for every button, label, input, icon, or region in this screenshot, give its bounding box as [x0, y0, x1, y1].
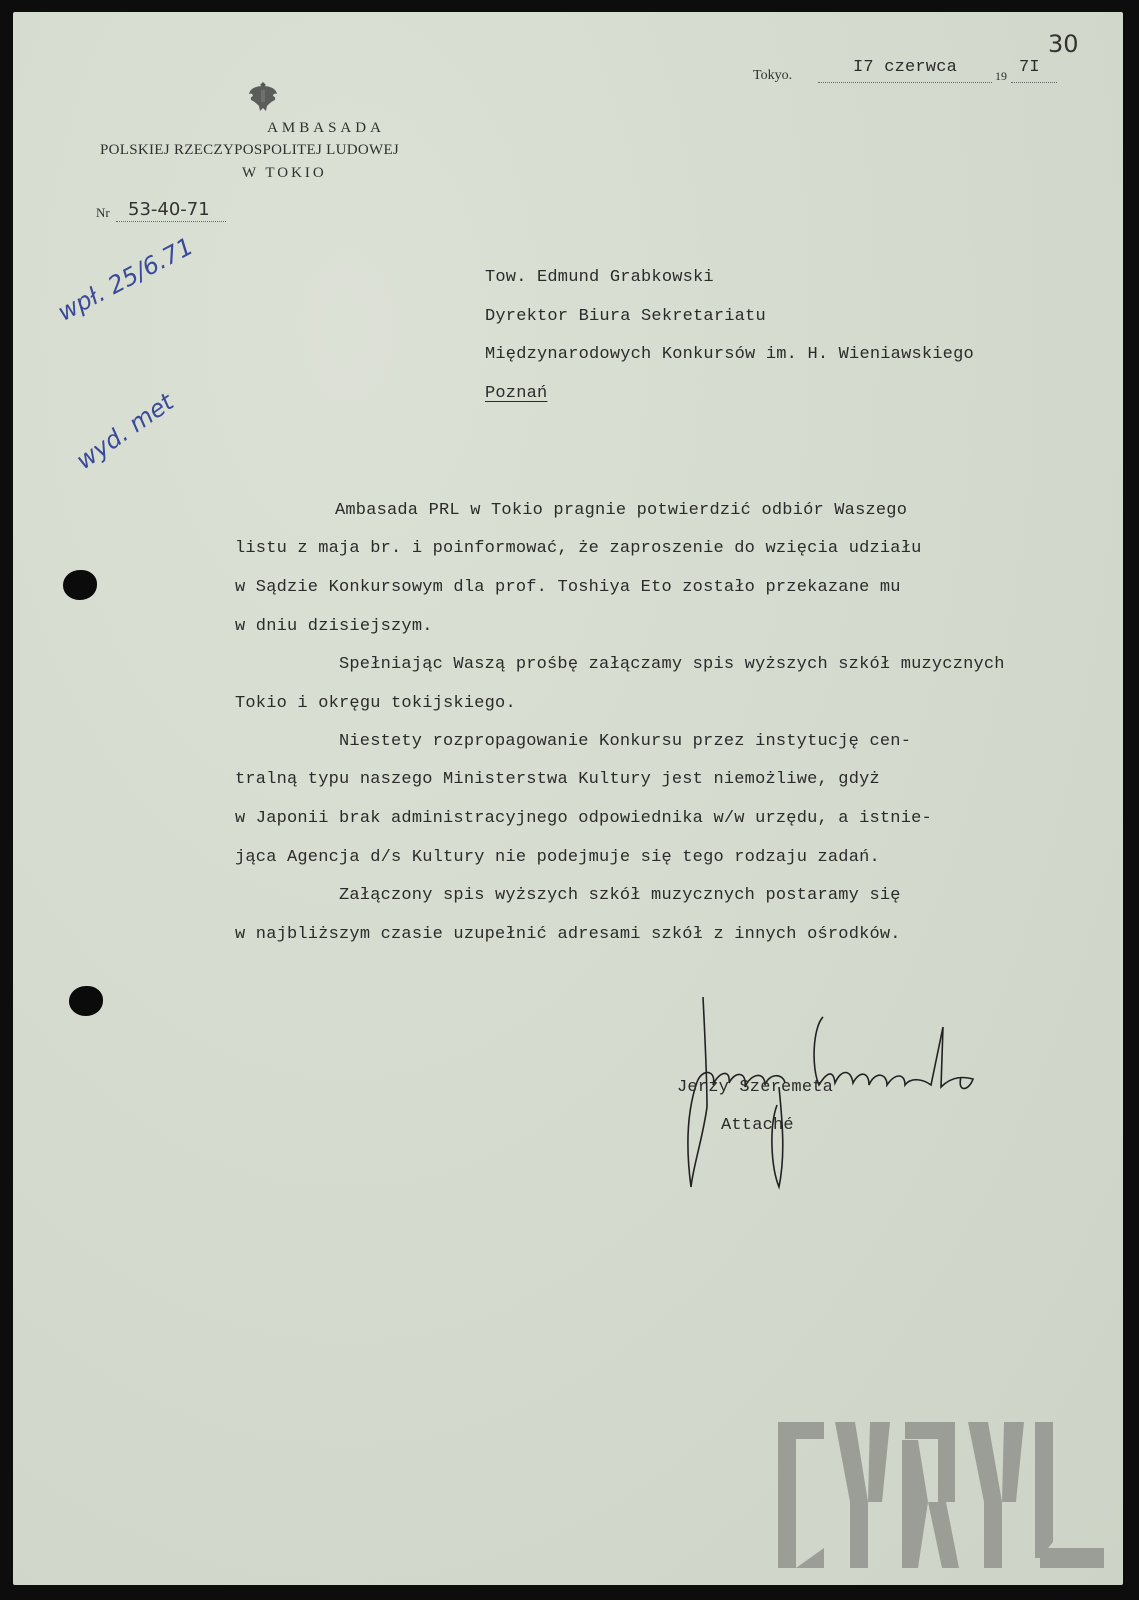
date-year-field: 7I [1011, 58, 1057, 83]
body-line-8: tralną typu naszego Ministerstwa Kultury… [235, 770, 880, 789]
reference-number-value: 53-40-71 [128, 199, 210, 220]
date-place: Tokyo. [753, 68, 792, 84]
recipient-city: Poznań [485, 384, 547, 403]
body-line-1: Ambasada PRL w Tokio pragnie potwierdzić… [335, 501, 907, 520]
letterhead-line2: POLSKIEJ RZECZYPOSPOLITEJ LUDOWEJ [100, 142, 399, 159]
polish-eagle-icon [247, 80, 279, 114]
recipient-name: Tow. Edmund Grabkowski [485, 268, 714, 287]
body-line-10: jąca Agencja d/s Kultury nie podejmuje s… [235, 848, 880, 867]
body-line-11: Załączony spis wyższych szkół muzycznych… [339, 886, 901, 905]
body-line-12: w najbliższym czasie uzupełnić adresami … [235, 925, 901, 944]
punch-hole-bottom [69, 986, 103, 1016]
reference-number-field: 53-40-71 [116, 199, 226, 222]
letterhead-line1: AMBASADA [13, 120, 453, 137]
document-page: 30 AMBASADA POLSKIEJ RZECZYPOSPOLITEJ LU… [13, 12, 1123, 1585]
punch-hole-top [63, 570, 97, 600]
date-field: I7 czerwca [818, 58, 992, 83]
body-line-6: Tokio i okręgu tokijskiego. [235, 694, 516, 713]
body-line-3: w Sądzie Konkursowym dla prof. Toshiya E… [235, 578, 901, 597]
signatory-name: Jerzy Szeremeta [677, 1078, 833, 1097]
handwritten-note-received: wpł. 25/6.71 [53, 232, 198, 327]
signatory-title: Attaché [721, 1116, 794, 1135]
reference-number-label: Nr [96, 205, 110, 221]
body-line-2: listu z maja br. i poinformować, że zapr… [235, 539, 922, 558]
recipient-title: Dyrektor Biura Sekretariatu [485, 307, 766, 326]
handwritten-note-department: wyd. met [71, 388, 179, 475]
body-line-7: Niestety rozpropagowanie Konkursu przez … [339, 732, 911, 751]
recipient-organization: Międzynarodowych Konkursów im. H. Wienia… [485, 345, 974, 364]
date-year-prefix: 19 [995, 69, 1007, 84]
body-line-9: w Japonii brak administracyjnego odpowie… [235, 809, 932, 828]
letterhead-line3: W TOKIO [242, 165, 327, 182]
body-line-4: w dniu dzisiejszym. [235, 617, 433, 636]
cyryl-watermark-logo [778, 1422, 1108, 1572]
date-year-suffix: 7I [1019, 58, 1040, 77]
page-number-handwritten: 30 [1048, 30, 1079, 58]
date-day-month: I7 czerwca [853, 58, 957, 77]
body-line-5: Spełniając Waszą prośbę załączamy spis w… [339, 655, 1005, 674]
